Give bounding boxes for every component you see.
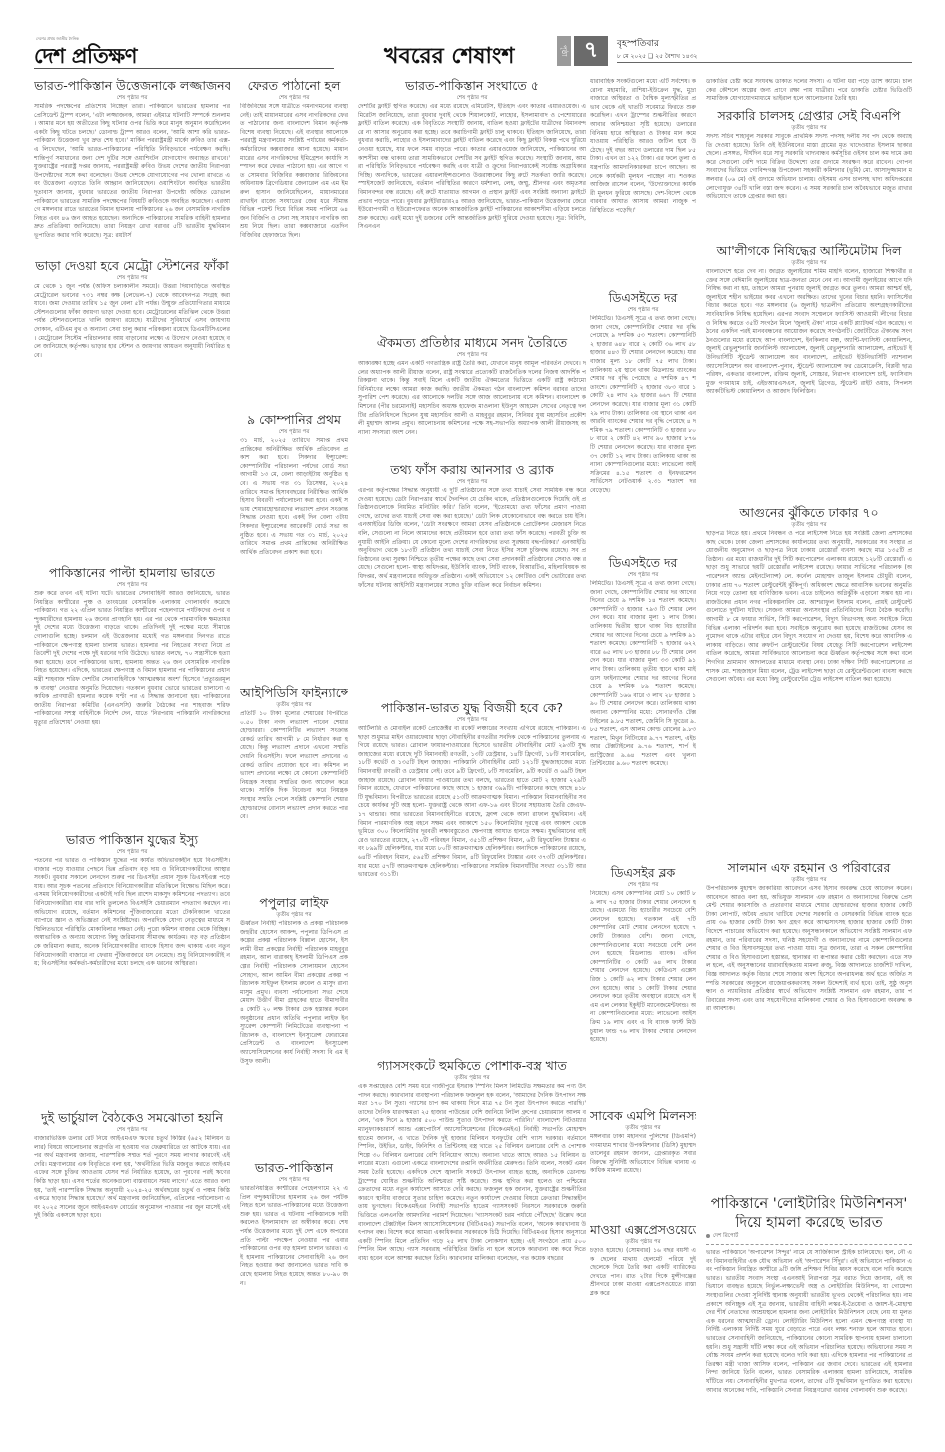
continued-label: তৃতীয় পৃষ্ঠার পর [706,521,912,529]
date-divider [617,62,912,63]
story-body: ডাকাতির চেষ্টা করে সংঘবদ্ধ ডাকাত দলের সদ… [706,78,912,104]
story-gas-songkot[interactable]: গ্যাসসংকটে হুমকিতে পোশাক-বস্ত্র খাত তৃতী… [358,1058,586,1428]
headline[interactable]: ভারত-পাকিস্তান উত্তেজনাকে লজ্জাজনক [34,78,230,94]
story-dui-virtual-boithok[interactable]: দুই ভার্চুয়াল বৈঠকেও সমঝোতা হয়নি শেষ প… [34,1110,230,1427]
story-body: এরপর কর্তৃপক্ষের সিদ্ধান্ত অনুযায়ী এ দু… [358,487,586,702]
continued-label: তৃতীয় পৃষ্ঠার পর [590,1238,696,1246]
story-body: শুরু করে তখন এই ঘটনা ঘটে। ভারতের সেনাবাহ… [34,590,230,835]
continued-label: তৃতীয় পৃষ্ঠার পর [706,259,912,267]
section-title: খবরের শেষাংশ [384,39,514,76]
story-body: লিমিটেড। ডিএসই সূত্রে এ তথ্য জানা গেছে। … [590,315,696,555]
story-body: ছাড়পত্র নিতে হয়। প্রথমে নিবন্ধন ও পরে … [706,530,912,860]
story-body: প্রতিটি ১০ টাকা মূল্যের শেয়ারের বিপরীতে… [240,710,348,890]
story-body: মে থেকে ১ জুন পর্যন্ত (অফিস চলাকালীন সময… [34,283,230,568]
continued-label: তৃতীয় পৃষ্ঠার পর [240,911,348,919]
headline[interactable]: ভারত-পাকিস্তান [240,1160,348,1176]
headline[interactable]: সালমান এফ রহমান ও পরিবারের [706,860,912,876]
headline[interactable]: ঐকমত্য প্রতিষ্ঠার মাধ্যমে সনদ তৈরিতে [358,335,586,351]
story-dse-dor-1[interactable]: ডিএসইতে দর শেষ পৃষ্ঠার পর লিমিটেড। ডিএসই… [590,290,696,555]
byline: দেশ রিপোর্ট [713,1233,738,1239]
headline-line-2[interactable]: দিয়ে হামলা করেছে ভারত [706,1214,912,1233]
story-mawa-expressway[interactable]: মাওয়া এক্সপ্রেসওয়েতে তৃতীয় পৃষ্ঠার পর… [590,1222,696,1427]
masthead: দেশের প্রথম জাতীয় দৈনিক দেশ প্রতিক্ষণ খ… [34,36,912,68]
story-ferot-pathano[interactable]: ফেরত পাঠানো হল শেষ পৃষ্ঠার পর বিজিবিশ্বে… [240,78,348,413]
story-body: লিমিটেড। ডিএসই সূত্রে এ তথ্য জানা গেছে। … [590,580,696,870]
story-body: বাংলাদেশে হতে দেব না। জাগ্রত জুলাইয়ের শ… [706,268,912,508]
headline[interactable]: সরকারি চালসহ গ্রেপ্তার সেই বিএনপি [706,108,912,124]
story-9-company-prothom[interactable]: ৯ কোম্পানির প্রথম শেষ পৃষ্ঠার পর ৩১ মার্… [240,412,348,687]
story-body: ৩১ মার্চ, ২০২৫ তারিখে সমাপ্ত প্রথম প্রান… [240,437,348,687]
continued-label: শেষ পৃষ্ঠার পর [358,351,586,359]
continued-label: শেষ পৃষ্ঠার পর [358,94,586,102]
story-body: ভারত পাকিস্তানে 'অপারেশন সিন্দুর' নামে য… [706,1249,912,1399]
story-body: সামরিক পদক্ষেপের প্রতিশোধ নিচ্ছেন তারা। … [34,103,230,263]
continued-label: শেষ পৃষ্ঠার পর [358,478,586,486]
page-label: পৃষ্ঠা [557,36,571,66]
headline[interactable]: পপুলার লাইফ [240,895,348,911]
story-juddho-bijoyi[interactable]: পাকিস্তান-ভারত যুদ্ধ বিজয়ী হবে কে? শেষ … [358,700,586,1062]
continued-label: তৃতীয় পৃষ্ঠার পর [240,701,348,709]
headline[interactable]: আগুনের ঝুঁকিতে ঢাকার ৭০ [706,505,912,521]
story-body: চড়াও হয়েছে। (সোমবার) ১৬ বছর বয়সী এক ছ… [590,1247,696,1427]
continued-label: শেষ পৃষ্ঠার পর [34,1126,230,1134]
headline[interactable]: ভাড়া দেওয়া হবে মেট্রো স্টেশনের ফাঁকা [34,258,230,274]
headline[interactable]: ৯ কোম্পানির প্রথম [240,412,348,428]
story-dakati[interactable]: ডাকাতির চেষ্টা করে সংঘবদ্ধ ডাকাত দলের সদ… [706,78,912,104]
story-sarkari-chal[interactable]: সরকারি চালসহ গ্রেপ্তার সেই বিএনপি তৃতীয়… [706,108,912,245]
headline[interactable]: ভারত-পাকিস্তান সংঘাতে ৫ [358,78,586,94]
story-body: আর্টিলারি ও মোবাইল রকেট প্রোজেক্টর বা রক… [358,725,586,1062]
story-body: পতনের পর ভারত ও পাকিস্তান যুদ্ধের পর কার… [34,857,230,1112]
continued-label: শেষ পৃষ্ঠার পর [358,716,586,724]
story-pakistan-palta-hamla[interactable]: পাকিস্তানের পাল্টা হামলায় ভারতে শেষ পৃষ… [34,565,230,835]
continued-label: শেষ পৃষ্ঠার পর [34,274,230,282]
dashed-divider [706,1244,912,1245]
story-body: সদস্য সচিব শাহাবুল সরকার সাবুকে প্রাথমিক… [706,133,912,245]
story-dse-block[interactable]: ডিএসইর ব্লক শেষ পৃষ্ঠার পর নিয়েছে। এসব … [590,865,696,1115]
continued-label: তৃতীয় পৃষ্ঠার পর [706,876,912,884]
continued-label: শেষ পৃষ্ঠার পর [34,848,230,856]
continued-label: শেষ পৃষ্ঠার পর [240,94,348,102]
story-body: মঙ্গলবার ঢাকা মহানগর পুলিশের (ডিএমপি) গণ… [590,1133,696,1218]
headline[interactable]: গ্যাসসংকটে হুমকিতে পোশাক-বস্ত্র খাত [358,1058,586,1074]
story-body: দেশটির ফ্লাইট স্থগিত করেছে। এর মধ্যে রয়… [358,103,586,340]
headline[interactable]: পাকিস্তানের পাল্টা হামলায় ভারতে [34,565,230,581]
masthead-divider [34,68,334,69]
story-tothyo-fash-ansar-brac[interactable]: তথ্য ফাঁস করায় আনসার ও ব্র্যাক শেষ পৃষ্… [358,462,586,702]
continued-label: তৃতীয় পৃষ্ঠার পর [590,1124,696,1132]
continued-label: শেষ পৃষ্ঠার পর [34,94,230,102]
date-line: ৮ মে ২০২৫ ❑ ২৫ বৈশাখ ১৪৩২ [617,51,697,62]
headline[interactable]: তথ্য ফাঁস করায় আনসার ও ব্র্যাক [358,462,586,478]
headline[interactable]: ডিএসইর ব্লক [590,865,696,881]
headline[interactable]: দুই ভার্চুয়াল বৈঠকেও সমঝোতা হয়নি [34,1110,230,1126]
story-body: বিজিবিশ্বের সঙ্গে যাত্রীতে গমনাগমনের ব্য… [240,103,348,413]
continued-label: শেষ পৃষ্ঠার পর [590,571,696,579]
story-body: ধারাবাহিক সংকটগুলো মধ্যে এটি সর্বশেষ। কর… [590,78,696,283]
story-metro-station[interactable]: ভাড়া দেওয়া হবে মেট্রো স্টেশনের ফাঁকা শ… [34,258,230,568]
continued-label: শেষ পৃষ্ঠার পর [240,428,348,436]
continued-label: শেষ পৃষ্ঠার পর [34,581,230,589]
story-body: নিয়েছে। এসব কোম্পানির মোট ১০ কোটি ৮৯ লা… [590,890,696,1115]
bullet-icon [706,1234,710,1238]
story-loitering-munitions[interactable]: পাকিস্তানে 'লোইটারিং মিউনিশনস' দিয়ে হাম… [706,1195,912,1399]
story-awami-league-ultimatum[interactable]: আ'লীগকে নিষিদ্ধের আল্টিমেটাম দিল তৃতীয় … [706,243,912,508]
story-body: এক সপ্তাহেরও বেশি সময় ধরে গাজীপুরে ইসরা… [358,1083,586,1428]
headline[interactable]: আ'লীগকে নিষিদ্ধের আল্টিমেটাম দিল [706,243,912,259]
headline[interactable]: ভারত পাকিস্তান যুদ্ধের ইস্যু [34,832,230,848]
newspaper-logo: দেশ প্রতিক্ষণ [34,40,137,75]
continued-label: তৃতীয় পৃষ্ঠার পর [358,1074,586,1082]
continued-label: শেষ পৃষ্ঠার পর [590,881,696,889]
story-body: উপপরিচালক মুহাম্মদ জাকারিয়া আবেদনে এসব … [706,885,912,1100]
story-songhate-5[interactable]: ভারত-পাকিস্তান সংঘাতে ৫ শেষ পৃষ্ঠার পর দ… [358,78,586,340]
page-number: ৭ [574,36,608,66]
story-bharat-pakistan-juddher-issue[interactable]: ভারত পাকিস্তান যুদ্ধের ইস্যু শেষ পৃষ্ঠার… [34,832,230,1112]
story-bharat-pakistan-lojjajanok[interactable]: ভারত-পাকিস্তান উত্তেজনাকে লজ্জাজনক শেষ প… [34,78,230,263]
story-body: আকাঙ্ক্ষা হচ্ছে এমন একটি গণতান্ত্রিক রাষ… [358,360,586,465]
story-dharabahik-songkot[interactable]: ধারাবাহিক সংকটগুলো মধ্যে এটি সর্বশেষ। কর… [590,78,696,283]
continued-label: তৃতীয় পৃষ্ঠার পর [706,124,912,132]
story-popular-life[interactable]: পপুলার লাইফ তৃতীয় পৃষ্ঠার পর ঊর্ধ্বতন ন… [240,895,348,1165]
story-salman-f-rahman[interactable]: সালমান এফ রহমান ও পরিবারের তৃতীয় পৃষ্ঠা… [706,860,912,1100]
headline[interactable]: পাকিস্তান-ভারত যুদ্ধ বিজয়ী হবে কে? [358,700,586,716]
headline[interactable]: মাওয়া এক্সপ্রেসওয়েতে [590,1222,696,1238]
continued-label: শেষ পৃষ্ঠার পর [590,306,696,314]
story-body: বাজারভিত্তিক ডলার রেট নিয়ে আইএমএফ ঋণের … [34,1135,230,1427]
story-dse-dor-2[interactable]: ডিএসইতে দর শেষ পৃষ্ঠার পর লিমিটেড। ডিএসই… [590,555,696,870]
story-body: ভারতনিয়ন্ত্রিত কাশ্মীরের পেহেলগামে ২২ এ… [240,1185,348,1425]
day-name: বৃহস্পতিবার [617,36,659,51]
continued-label: শেষ পৃষ্ঠার পর [240,1176,348,1184]
story-bharat-pakistan[interactable]: ভারত-পাকিস্তান শেষ পৃষ্ঠার পর ভারতনিয়ন্… [240,1160,348,1425]
story-sabek-mp-milon[interactable]: সাবেক এমপি মিলনসহ তৃতীয় পৃষ্ঠার পর মঙ্গ… [590,1108,696,1218]
headline[interactable]: আইপিডিসি ফাইন্যান্সের [240,685,348,701]
headline[interactable]: ফেরত পাঠানো হল [240,78,348,94]
headline[interactable]: ডিএসইতে দর [590,555,696,571]
story-body: ঊর্ধ্বতন নির্বাহী পরিচালক ও প্রকল্প পরিচ… [240,920,348,1165]
story-oikomotto-sonod[interactable]: ঐকমত্য প্রতিষ্ঠার মাধ্যমে সনদ তৈরিতে শেষ… [358,335,586,465]
headline[interactable]: ডিএসইতে দর [590,290,696,306]
story-aguner-jhuki[interactable]: আগুনের ঝুঁকিতে ঢাকার ৭০ তৃতীয় পৃষ্ঠার প… [706,505,912,860]
headline[interactable]: পাকিস্তানে 'লোইটারিং মিউনিশনস' [706,1195,912,1214]
story-ipdc-finance[interactable]: আইপিডিসি ফাইন্যান্সের তৃতীয় পৃষ্ঠার পর … [240,685,348,890]
headline[interactable]: সাবেক এমপি মিলনসহ [590,1108,696,1124]
